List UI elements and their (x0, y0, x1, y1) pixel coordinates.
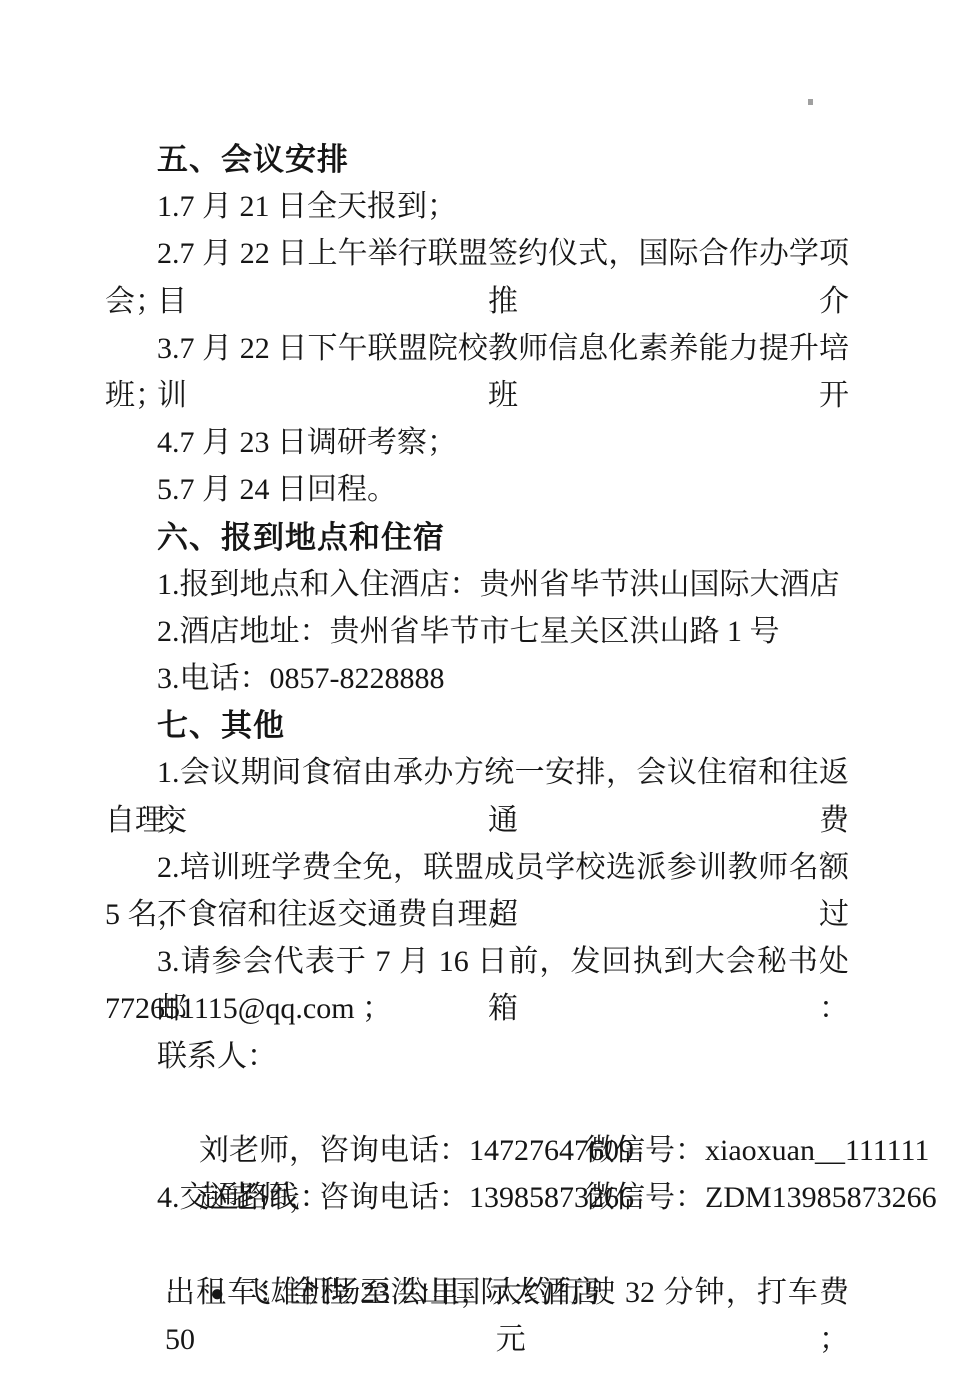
scan-speck-artifact (808, 99, 813, 105)
contact-row: 刘老师，咨询电话：14727647609微信号：xiaoxuan__111111 (105, 1080, 849, 1127)
section-6-item-1: 1.报到地点和入住酒店：贵州省毕节洪山国际大酒店 (105, 561, 849, 608)
route-taxi-line: 出租车：全程 23 公里，大约行驶 32 分钟，打车费 50 元； (105, 1269, 849, 1316)
contact-phone: 刘老师，咨询电话：14727647609 (199, 1127, 585, 1174)
route-line: ●飞雄机场至洪山国际大酒店 (105, 1221, 849, 1268)
contacts-label: 联系人： (105, 1033, 849, 1080)
section-6-item-3: 3.电话：0857-8228888 (105, 655, 849, 702)
section-5-item-1: 1.7 月 21 日全天报到； (105, 183, 849, 230)
section-6-item-2: 2.酒店地址：贵州省毕节市七星关区洪山路 1 号 (105, 608, 849, 655)
section-5-item-3-line-1: 3.7 月 22 日下午联盟院校教师信息化素养能力提升培训班开 (105, 325, 849, 372)
section-5-item-2-line-1: 2.7 月 22 日上午举行联盟签约仪式，国际合作办学项目推介 (105, 230, 849, 277)
document-page: 五、会议安排 1.7 月 21 日全天报到； 2.7 月 22 日上午举行联盟签… (0, 0, 965, 1394)
contact-wechat: 微信号：xiaoxuan__111111 (585, 1134, 929, 1167)
document-content: 五、会议安排 1.7 月 21 日全天报到； 2.7 月 22 日上午举行联盟签… (105, 136, 849, 1316)
contact-wechat: 微信号：ZDM13985873266 (585, 1181, 937, 1214)
section-7-heading: 七、其他 (105, 702, 849, 749)
section-7-item-1-line-1: 1.会议期间食宿由承办方统一安排，会议住宿和往返交通费 (105, 749, 849, 796)
section-7-item-2-line-1: 2.培训班学费全免，联盟成员学校选派参训教师名额不超过 (105, 844, 849, 891)
section-5-item-4: 4.7 月 23 日调研考察； (105, 419, 849, 466)
section-5-heading: 五、会议安排 (105, 136, 849, 183)
section-5-item-5: 5.7 月 24 日回程。 (105, 466, 849, 513)
section-6-heading: 六、报到地点和住宿 (105, 514, 849, 561)
section-7-item-3-line-1: 3.请参会代表于 7 月 16 日前，发回执到大会秘书处邮箱： (105, 938, 849, 985)
